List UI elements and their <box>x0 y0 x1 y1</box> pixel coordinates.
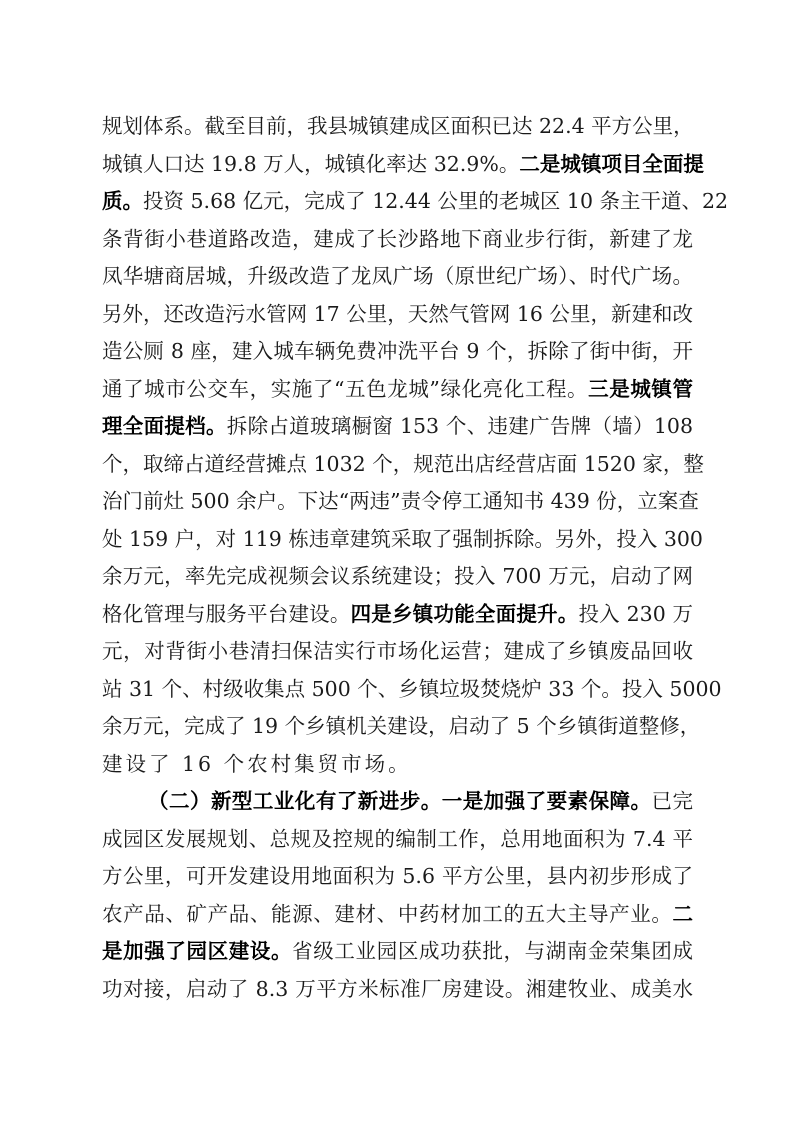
body-text: 拆除占道玻璃橱窗 153 个、违建广告牌（墙）108 <box>227 414 693 438</box>
text-line: 元，对背街小巷清扫保洁实行市场化运营；建成了乡镇废品回收 <box>102 633 693 671</box>
body-text: 站 31 个、村级收集点 500 个、乡镇垃圾焚烧炉 33 个。投入 5000 <box>102 677 722 701</box>
bold-heading-text: 二 <box>673 902 694 926</box>
text-line: 处 159 户，对 119 栋违章建筑采取了强制拆除。另外，投入 300 <box>102 521 693 559</box>
text-line: 规划体系。截至目前，我县城镇建成区面积已达 22.4 平方公里， <box>102 108 693 146</box>
text-line: 通了城市公交车，实施了“五色龙城”绿化亮化工程。三是城镇管 <box>102 371 693 409</box>
text-line: 另外，还改造污水管网 17 公里，天然气管网 16 公里，新建和改 <box>102 296 693 334</box>
text-line: 站 31 个、村级收集点 500 个、乡镇垃圾焚烧炉 33 个。投入 5000 <box>102 671 693 709</box>
text-line: 农产品、矿产品、能源、建材、中药材加工的五大主导产业。二 <box>102 896 693 934</box>
body-text: 元，对背街小巷清扫保洁实行市场化运营；建成了乡镇废品回收 <box>102 639 693 663</box>
text-line: 城镇人口达 19.8 万人，城镇化率达 32.9%。二是城镇项目全面提 <box>102 146 693 184</box>
body-text: 格化管理与服务平台建设。 <box>102 602 351 626</box>
body-text: 处 159 户，对 119 栋违章建筑采取了强制拆除。另外，投入 300 <box>102 527 703 551</box>
text-line: 造公厕 8 座，建入城车辆免费冲洗平台 9 个，拆除了街中街，开 <box>102 333 693 371</box>
text-line: 条背街小巷道路改造，建成了长沙路地下商业步行街，新建了龙 <box>102 221 693 259</box>
text-line: 凤华塘商居城，升级改造了龙凤广场（原世纪广场）、时代广场。 <box>102 258 693 296</box>
body-text: 造公厕 8 座，建入城车辆免费冲洗平台 9 个，拆除了街中街，开 <box>102 339 693 363</box>
body-text: 通了城市公交车，实施了“五色龙城”绿化亮化工程。 <box>102 377 588 401</box>
text-line: 余万元，完成了 19 个乡镇机关建设，启动了 5 个乡镇街道整修， <box>102 708 693 746</box>
body-text: 个，取缔占道经营摊点 1032 个，规范出店经营店面 1520 家，整 <box>102 452 704 476</box>
text-line: 个，取缔占道经营摊点 1032 个，规范出店经营店面 1520 家，整 <box>102 446 693 484</box>
bold-heading-text: 质。 <box>102 189 143 213</box>
body-text: 治门前灶 500 余户。下达“两违”责令停工通知书 439 份，立案查 <box>102 489 699 513</box>
body-text: 功对接，启动了 8.3 万平方米标准厂房建设。湘建牧业、成美水 <box>102 977 693 1001</box>
bold-heading-text: 三是城镇管 <box>588 377 693 401</box>
body-text: 余万元，率先完成视频会议系统建设；投入 700 万元，启动了网 <box>102 564 693 588</box>
text-line: 方公里，可开发建设用地面积为 5.6 平方公里，县内初步形成了 <box>102 858 693 896</box>
text-line: （二）新型工业化有了新进步。一是加强了要素保障。已完 <box>102 783 693 821</box>
body-text: 条背街小巷道路改造，建成了长沙路地下商业步行街，新建了龙 <box>102 227 693 251</box>
document-page: 规划体系。截至目前，我县城镇建成区面积已达 22.4 平方公里，城镇人口达 19… <box>102 108 693 1008</box>
bold-heading-text: 二是城镇项目全面提 <box>519 152 704 176</box>
body-text: 凤华塘商居城，升级改造了龙凤广场（原世纪广场）、时代广场。 <box>102 264 693 288</box>
body-text: 成园区发展规划、总规及控规的编制工作，总用地面积为 7.4 平 <box>102 827 693 851</box>
industrialization-paragraph: （二）新型工业化有了新进步。一是加强了要素保障。已完成园区发展规划、总规及控规的… <box>102 783 693 1008</box>
bold-heading-text: 理全面提档。 <box>102 414 227 438</box>
text-line: 治门前灶 500 余户。下达“两违”责令停工通知书 439 份，立案查 <box>102 483 693 521</box>
text-line: 建设了 16 个农村集贸市场。 <box>102 746 693 784</box>
bold-heading-text: 是加强了园区建设。 <box>102 939 292 963</box>
text-line: 质。投资 5.68 亿元，完成了 12.44 公里的老城区 10 条主干道、22 <box>102 183 693 221</box>
bold-heading-text: 四是乡镇功能全面提升。 <box>351 602 579 626</box>
body-text: 方公里，可开发建设用地面积为 5.6 平方公里，县内初步形成了 <box>102 864 693 888</box>
body-text: 城镇人口达 19.8 万人，城镇化率达 32.9%。 <box>102 152 519 176</box>
body-text: 投入 230 万 <box>578 602 693 626</box>
body-text: 已完 <box>652 789 693 813</box>
body-text: 农产品、矿产品、能源、建材、中药材加工的五大主导产业。 <box>102 902 673 926</box>
body-text: 余万元，完成了 19 个乡镇机关建设，启动了 5 个乡镇街道整修， <box>102 714 700 738</box>
body-text: 规划体系。截至目前，我县城镇建成区面积已达 22.4 平方公里， <box>102 114 694 138</box>
urbanization-paragraph: 规划体系。截至目前，我县城镇建成区面积已达 22.4 平方公里，城镇人口达 19… <box>102 108 693 783</box>
body-text: 省级工业园区成功获批，与湖南金荣集团成 <box>292 939 693 963</box>
text-line: 功对接，启动了 8.3 万平方米标准厂房建设。湘建牧业、成美水 <box>102 971 693 1009</box>
text-line: 是加强了园区建设。省级工业园区成功获批，与湖南金荣集团成 <box>102 933 693 971</box>
text-line: 格化管理与服务平台建设。四是乡镇功能全面提升。投入 230 万 <box>102 596 693 634</box>
body-text: 建设了 16 个农村集贸市场。 <box>102 752 412 776</box>
bold-heading-text: （二）新型工业化有了新进步。一是加强了要素保障。 <box>148 789 652 813</box>
text-line: 成园区发展规划、总规及控规的编制工作，总用地面积为 7.4 平 <box>102 821 693 859</box>
text-line: 余万元，率先完成视频会议系统建设；投入 700 万元，启动了网 <box>102 558 693 596</box>
body-text: 投资 5.68 亿元，完成了 12.44 公里的老城区 10 条主干道、22 <box>143 189 728 213</box>
text-line: 理全面提档。拆除占道玻璃橱窗 153 个、违建广告牌（墙）108 <box>102 408 693 446</box>
body-text: 另外，还改造污水管网 17 公里，天然气管网 16 公里，新建和改 <box>102 302 693 326</box>
